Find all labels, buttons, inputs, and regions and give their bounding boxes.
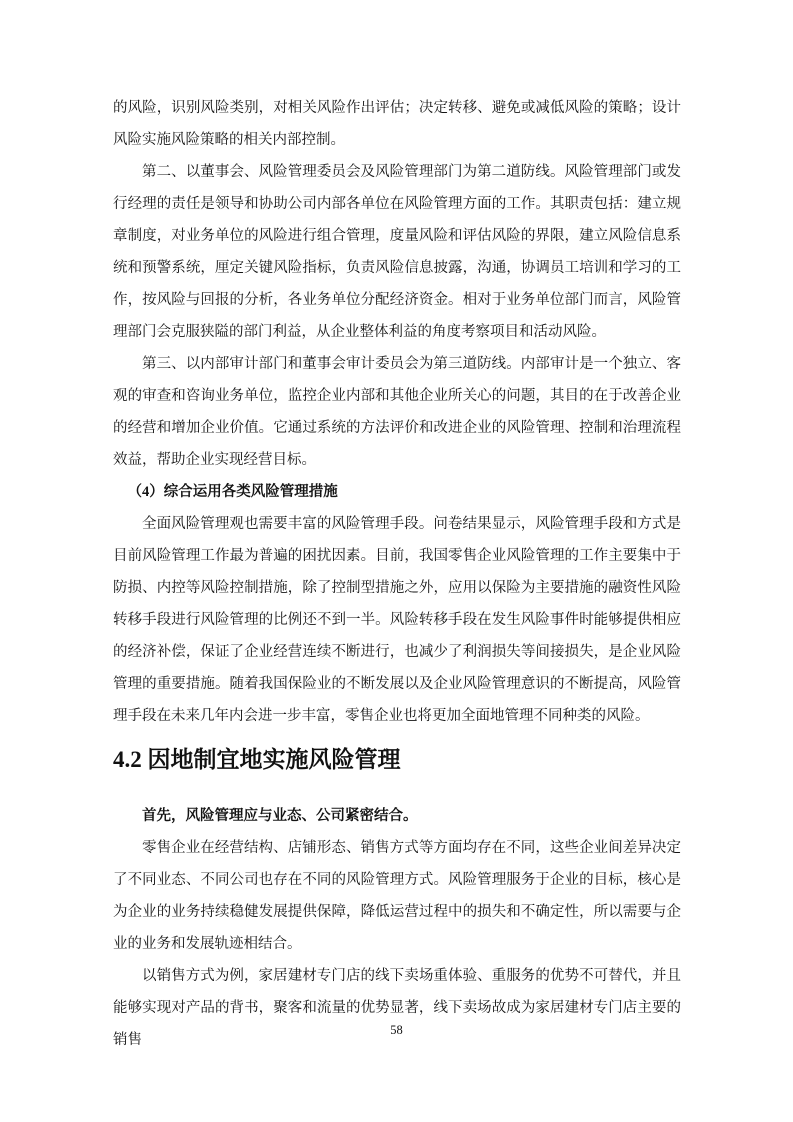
paragraph-risk-measures: 全面风险管理观也需要丰富的风险管理手段。问卷结果显示，风险管理手段和方式是目前风… — [113, 508, 681, 732]
document-page: 的风险，识别风险类别，对相关风险作出评估；决定转移、避免或减低风险的策略；设计风… — [0, 0, 793, 1122]
section-heading-4-2: 4.2 因地制宜地实施风险管理 — [113, 742, 681, 778]
paragraph-first-defense-continued: 的风险，识别风险类别，对相关风险作出评估；决定转移、避免或减低风险的策略；设计风… — [113, 92, 681, 156]
paragraph-second-defense: 第二、以董事会、风险管理委员会及风险管理部门为第二道防线。风险管理部门或发行经理… — [113, 156, 681, 348]
page-number: 58 — [0, 1022, 793, 1038]
subheading-first-point: 首先，风险管理应与业态、公司紧密结合。 — [113, 800, 681, 832]
paragraph-third-defense: 第三、以内部审计部门和董事会审计委员会为第三道防线。内部审计是一个独立、客观的审… — [113, 348, 681, 476]
subheading-comprehensive-measures: （4）综合运用各类风险管理措施 — [113, 476, 681, 508]
paragraph-sales-example: 以销售方式为例，家居建材专门店的线下卖场重体验、重服务的优势不可替代，并且能够实… — [113, 960, 681, 1056]
paragraph-business-difference: 零售企业在经营结构、店铺形态、销售方式等方面均存在不同，这些企业间差异决定了不同… — [113, 832, 681, 960]
